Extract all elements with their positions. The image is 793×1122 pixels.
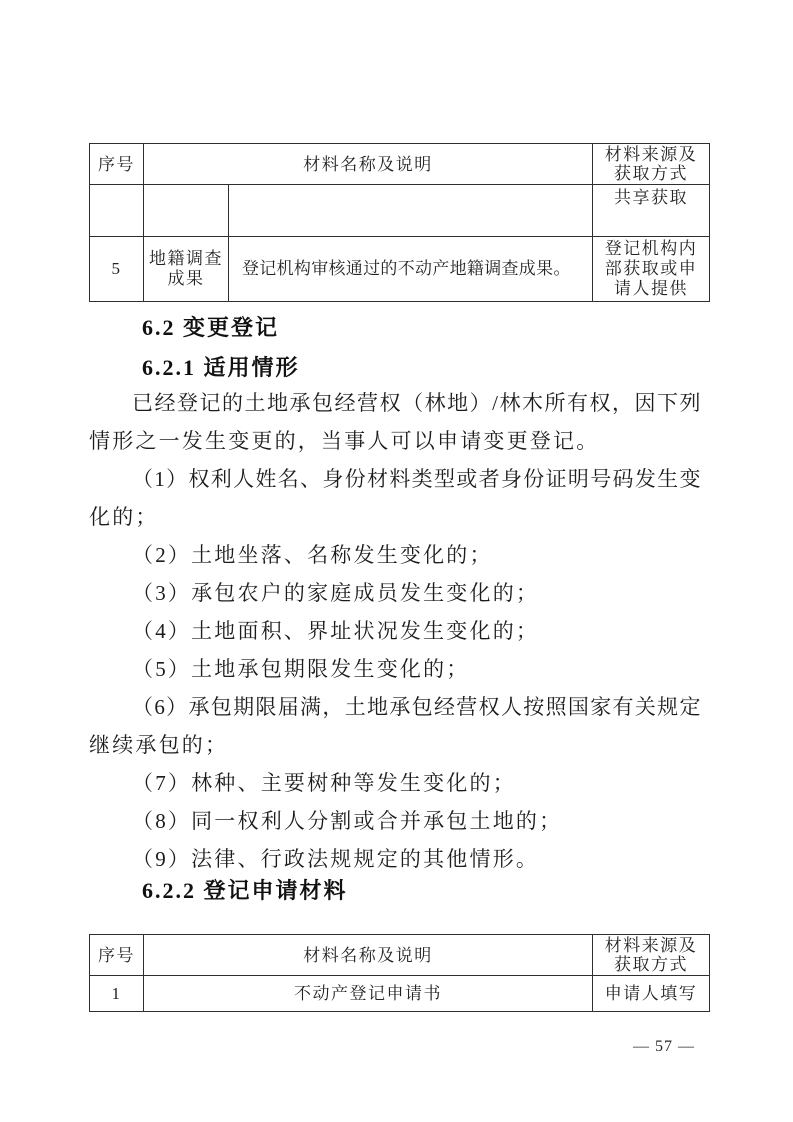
body-line: （3）承包农户的家庭成员发生变化的； <box>89 574 701 612</box>
header-cell-name: 材料名称及说明 <box>144 144 593 185</box>
body-line: （2）土地坐落、名称发生变化的； <box>89 536 701 574</box>
cell-description: 登记机构审核通过的不动产地籍调查成果。 <box>229 237 593 302</box>
table-row: 5 地籍调查 成果 登记机构审核通过的不动产地籍调查成果。 登记机构内 部获取或… <box>90 237 710 302</box>
table-header-row: 序号 材料名称及说明 材料来源及 获取方式 <box>90 935 710 976</box>
document-page: 序号 材料名称及说明 材料来源及 获取方式 共享获取 5 地籍调查 成果 登记机… <box>0 0 793 1122</box>
body-line: （1）权利人姓名、身份材料类型或者身份证明号码发生变 <box>89 460 701 498</box>
cell-source: 申请人填写 <box>593 976 710 1012</box>
header-cell-source: 材料来源及 获取方式 <box>593 144 710 185</box>
section-body: 已经登记的土地承包经营权（林地）/林木所有权，因下列 情形之一发生变更的，当事人… <box>89 384 701 878</box>
page-number: — 57 — <box>89 1038 709 1056</box>
body-line: 已经登记的土地承包经营权（林地）/林木所有权，因下列 <box>89 384 701 422</box>
section-heading-6-2: 6.2 变更登记 <box>89 317 709 339</box>
body-line: （5）土地承包期限发生变化的； <box>89 650 701 688</box>
cell-no: 5 <box>90 237 144 302</box>
cell-source: 登记机构内 部获取或申 请人提供 <box>593 237 710 302</box>
header-cell-no: 序号 <box>90 144 144 185</box>
body-line: （4）土地面积、界址状况发生变化的； <box>89 612 701 650</box>
cell-source: 共享获取 <box>593 185 710 237</box>
cell-no: 1 <box>90 976 144 1012</box>
cell-name: 地籍调查 成果 <box>144 237 229 302</box>
cell-description <box>229 185 593 237</box>
body-line: （9）法律、行政法规规定的其他情形。 <box>89 840 701 878</box>
cell-name: 不动产登记申请书 <box>144 976 593 1012</box>
section-heading-6-2-1: 6.2.1 适用情形 <box>89 357 709 379</box>
materials-table-continued: 序号 材料名称及说明 材料来源及 获取方式 共享获取 5 地籍调查 成果 登记机… <box>89 143 710 302</box>
header-cell-name: 材料名称及说明 <box>144 935 593 976</box>
body-line: （7）林种、主要树种等发生变化的； <box>89 764 701 802</box>
section-heading-6-2-2: 6.2.2 登记申请材料 <box>89 880 709 902</box>
body-line: （6）承包期限届满，土地承包经营权人按照国家有关规定 <box>89 688 701 726</box>
cell-no <box>90 185 144 237</box>
body-line: 化的； <box>89 498 701 536</box>
header-cell-no: 序号 <box>90 935 144 976</box>
body-line: 情形之一发生变更的，当事人可以申请变更登记。 <box>89 422 701 460</box>
table-row: 共享获取 <box>90 185 710 237</box>
body-line: 继续承包的； <box>89 726 701 764</box>
materials-table-apply: 序号 材料名称及说明 材料来源及 获取方式 1 不动产登记申请书 申请人填写 <box>89 934 710 1012</box>
body-line: （8）同一权利人分割或合并承包土地的； <box>89 802 701 840</box>
header-cell-source: 材料来源及 获取方式 <box>593 935 710 976</box>
page-content: 序号 材料名称及说明 材料来源及 获取方式 共享获取 5 地籍调查 成果 登记机… <box>89 0 709 1056</box>
table-header-row: 序号 材料名称及说明 材料来源及 获取方式 <box>90 144 710 185</box>
table-row: 1 不动产登记申请书 申请人填写 <box>90 976 710 1012</box>
cell-name <box>144 185 229 237</box>
